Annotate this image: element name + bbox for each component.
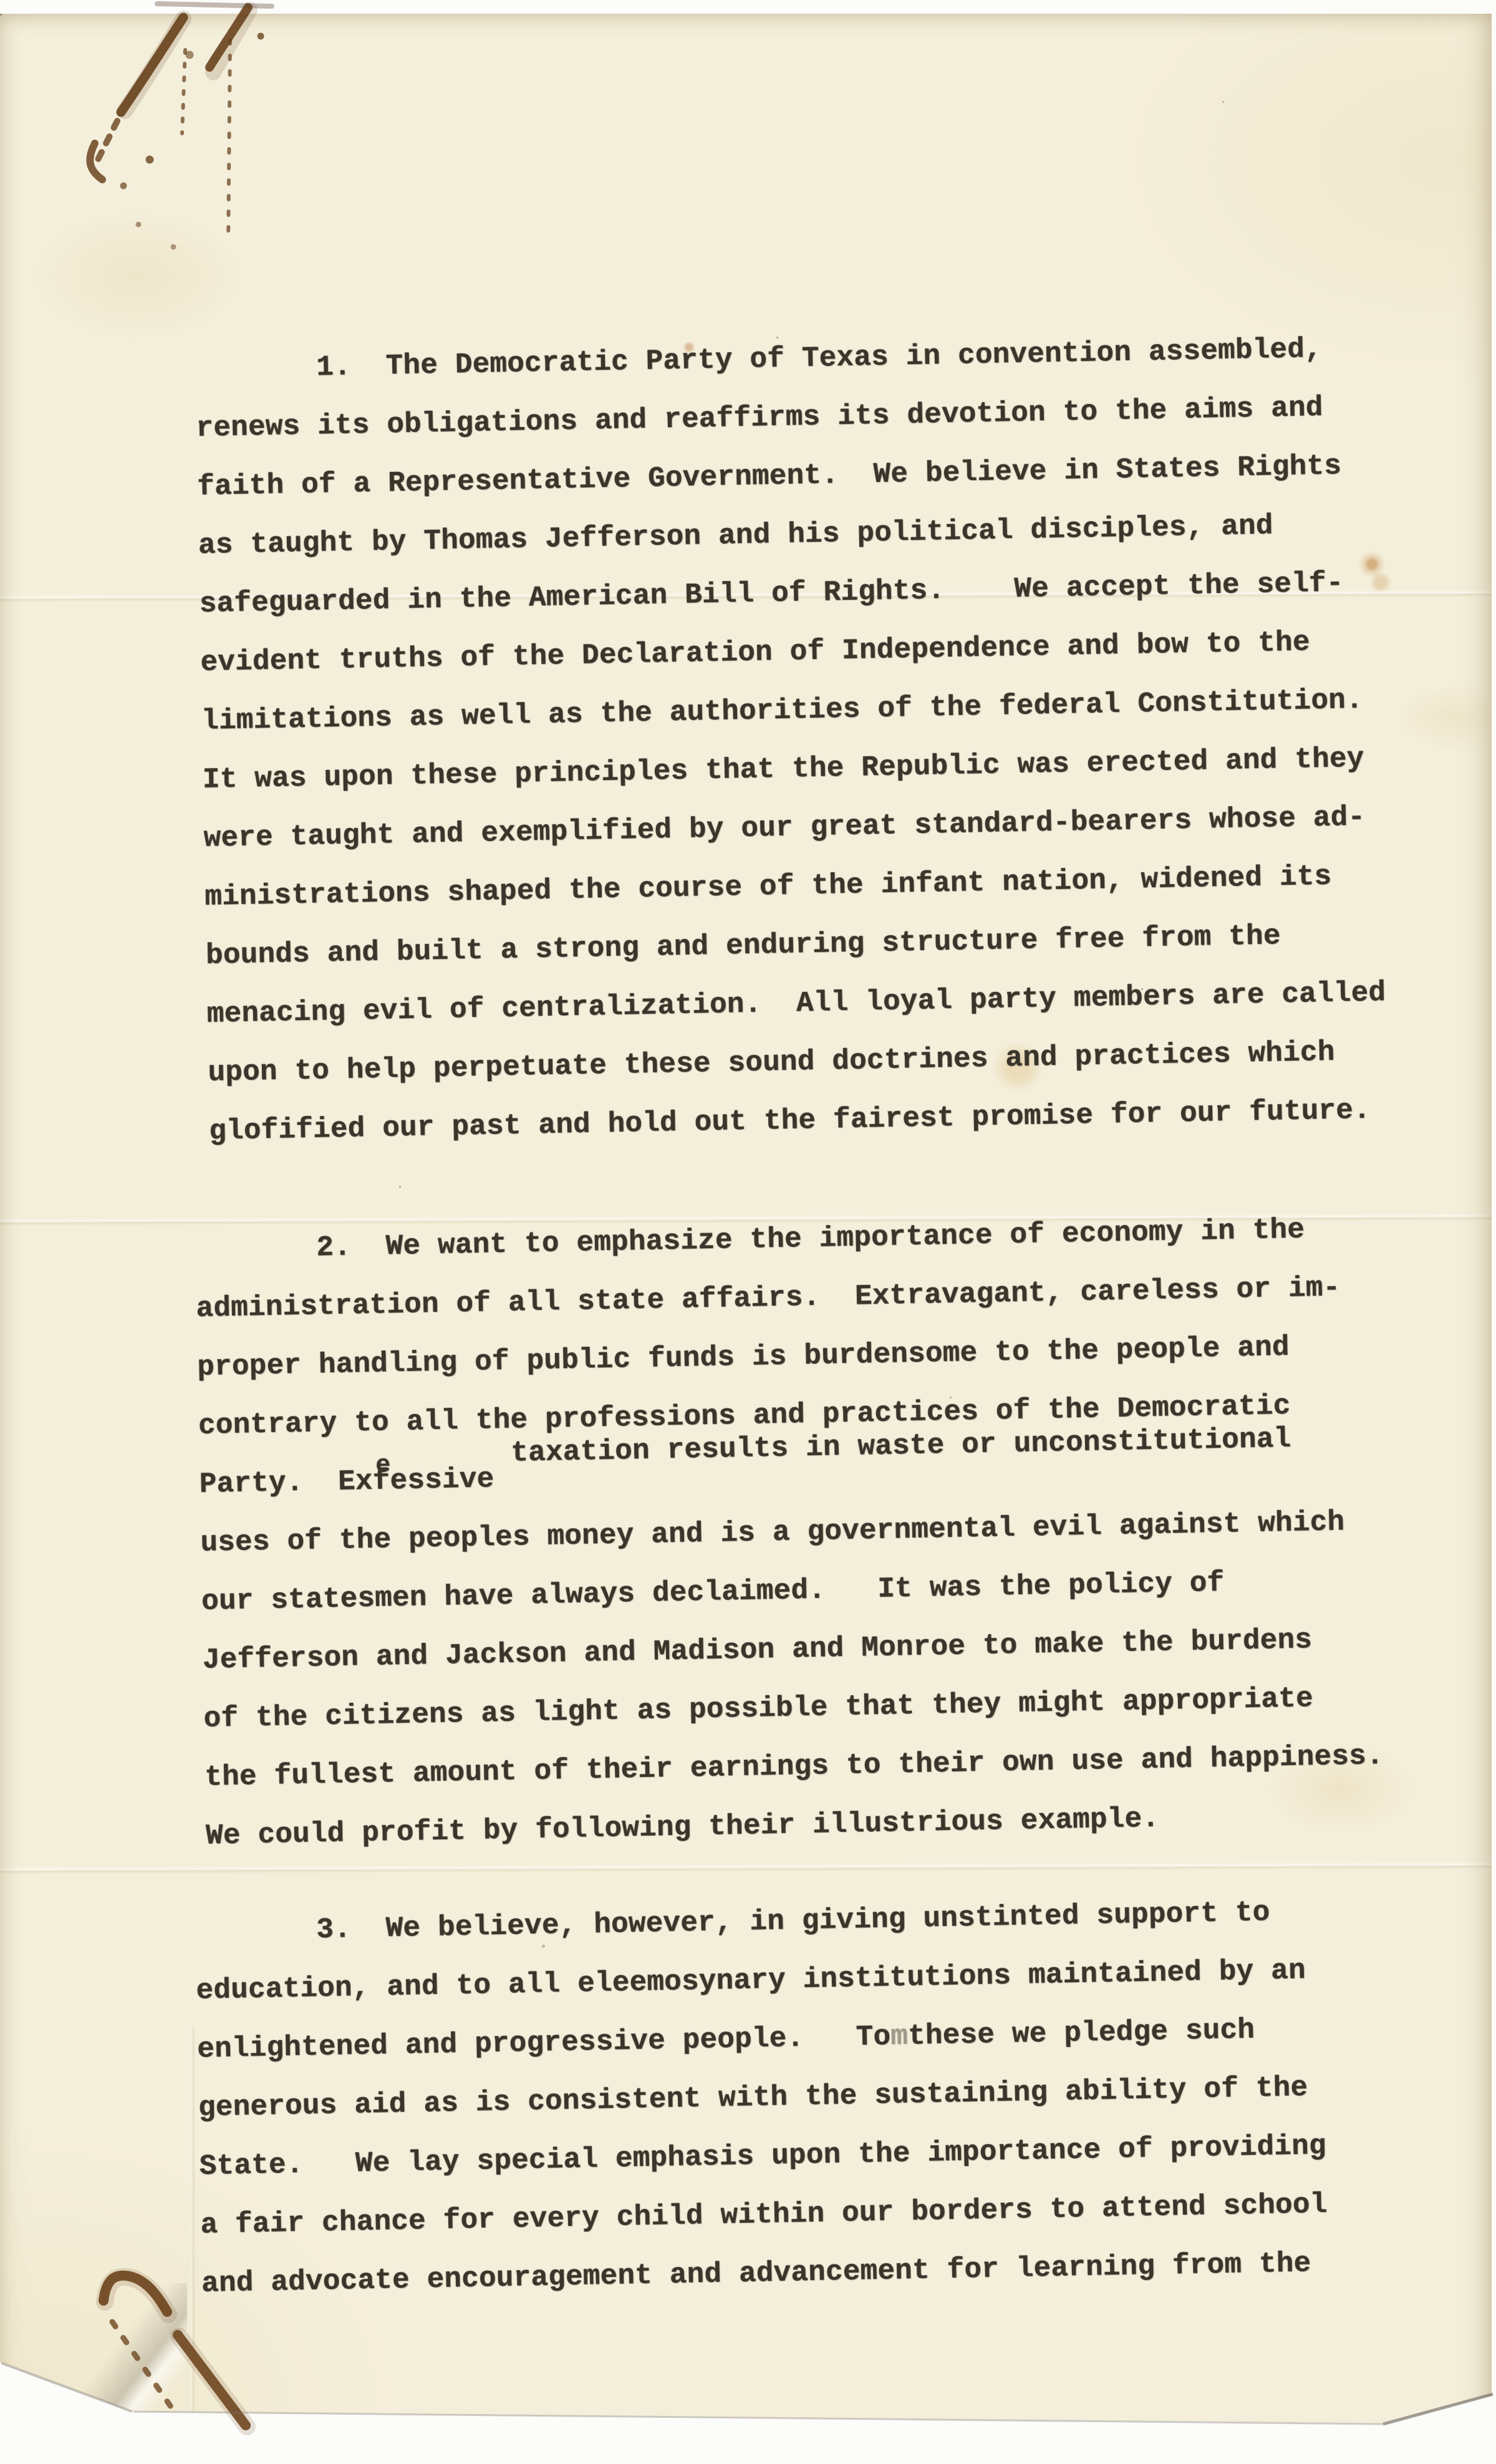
ink-specks — [0, 14, 2, 16]
vertical-crease — [191, 2028, 196, 2414]
scanned-document: { "document": { "kind": "scanned typewri… — [0, 0, 1496, 2464]
paragraph-3: 3. We believe, however, in giving unstin… — [195, 1880, 1462, 2313]
paragraph-1: 1. The Democratic Party of Texas in conv… — [195, 317, 1469, 1161]
paragraph-2: 2. We want to emphasize the importance o… — [195, 1198, 1466, 1865]
folded-corner-shadow — [0, 2283, 187, 2450]
